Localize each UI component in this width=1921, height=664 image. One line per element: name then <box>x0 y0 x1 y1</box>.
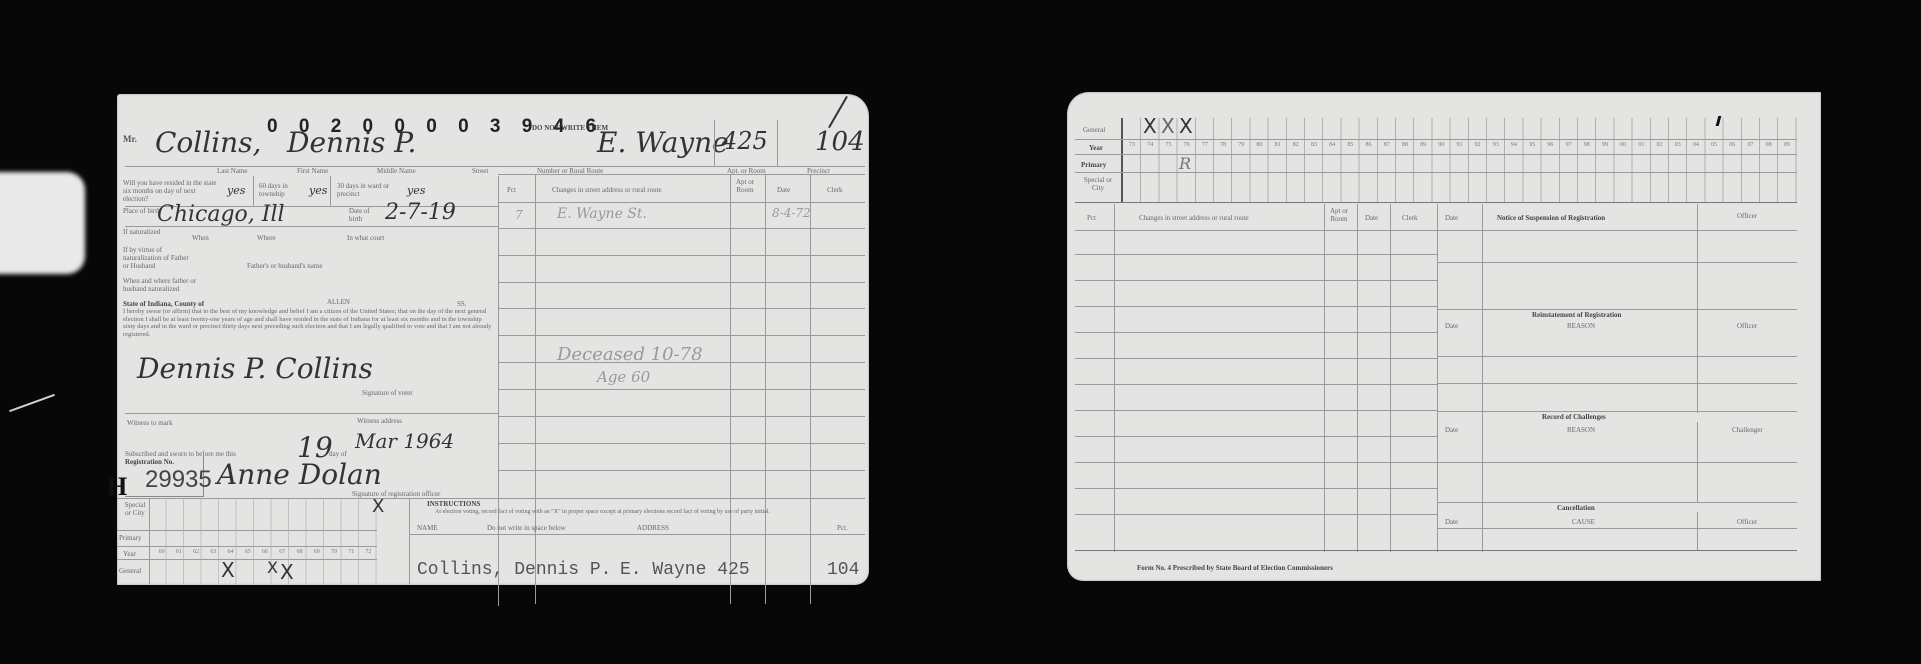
change-row-1-date: 8-4-72 <box>772 206 811 220</box>
registration-card-back: General Year Primary Special or City 73 … <box>1067 92 1821 581</box>
label-father-name: Father's or husband's name <box>247 262 322 270</box>
date-of-birth: 2-7-19 <box>385 200 456 225</box>
cancellation-title: Cancellation <box>1557 504 1595 512</box>
label-father-naturalization: If by virtue of naturalization of Father… <box>123 246 193 270</box>
voter-signature-label: Signature of voter <box>362 389 413 397</box>
instructions-text: At election voting, record fact of votin… <box>435 508 855 516</box>
typed-name: Collins, Dennis P. <box>417 560 611 580</box>
label-name: NAME <box>417 524 438 532</box>
challenges-col-challenger: Challenger <box>1732 426 1763 434</box>
label-date-of-birth: Date of birth <box>349 207 379 223</box>
col-date: Date <box>777 186 790 194</box>
place-of-birth: Chicago, Ill <box>157 202 285 227</box>
suspension-title: Notice of Suspension of Registration <box>1497 214 1605 222</box>
sworn-day-label: day of <box>329 450 347 458</box>
change-row-1-pct: 7 <box>515 208 523 222</box>
back-general-mark-76: X <box>1179 114 1193 138</box>
row-special-city: Special or City <box>121 501 149 517</box>
label-pct: Pct. <box>837 524 848 532</box>
house-number: 425 <box>722 127 768 155</box>
oath-text: I hereby swear (or affirm) that to the b… <box>123 308 493 338</box>
label-if-naturalized: If naturalized <box>123 228 178 236</box>
a-state-residence: yes <box>227 184 245 197</box>
title-prefix: Mr. <box>123 134 137 144</box>
typed-precinct: 104 <box>827 560 859 580</box>
label-first-name: First Name <box>297 167 328 175</box>
film-edge-artifact <box>0 172 85 274</box>
reinstatement-title: Reinstatement of Registration <box>1532 311 1621 319</box>
back-row-general: General <box>1083 126 1105 134</box>
back-col-changes: Changes in street address or rural route <box>1139 214 1249 222</box>
col-pct: Pct <box>507 186 516 194</box>
officer-signature: Anne Dolan <box>217 458 382 491</box>
change-row-3-address: Age 60 <box>597 368 650 386</box>
label-last-name: Last Name <box>217 167 248 175</box>
col-clerk: Clerk <box>827 186 843 194</box>
label-when: When <box>192 234 209 242</box>
oath-ss: SS. <box>457 300 467 308</box>
back-row-special: Special or City <box>1081 176 1115 192</box>
back-year-labels: 73 74 75 76 77 78 79 80 81 82 83 84 85 8… <box>1123 142 1797 148</box>
change-row-1-address: E. Wayne St. <box>557 206 647 222</box>
label-witness-mark: Witness to mark <box>127 419 173 427</box>
cancellation-col-date: Date <box>1445 518 1458 526</box>
back-col-apt: Apt or Room <box>1327 207 1351 223</box>
back-primary-mark-76: R <box>1179 154 1191 173</box>
challenges-col-reason: REASON <box>1567 426 1595 434</box>
row-year: Year <box>123 550 136 558</box>
oath-state-line: State of Indiana, County of <box>123 300 204 308</box>
label-where: Where <box>257 234 276 242</box>
label-court: In what court <box>347 234 384 242</box>
film-scratch <box>9 394 55 412</box>
form-footer: Form No. 4 Prescribed by State Board of … <box>1137 564 1333 572</box>
reinstatement-col-reason: REASON <box>1567 322 1595 330</box>
q-state-residence: Will you have resided in the state six m… <box>123 179 218 203</box>
registration-card-front: 0 0 2 0 0 0 0 3 9 4 6 DO NOT WRITE THEM … <box>117 94 869 585</box>
check-mark <box>828 96 848 128</box>
label-witness-address: Witness address <box>357 417 402 425</box>
a-ward: yes <box>407 184 425 197</box>
reinstatement-col-officer: Officer <box>1737 322 1757 330</box>
change-row-2-address: Deceased 10-78 <box>557 344 703 365</box>
a-township: yes <box>309 184 327 197</box>
back-row-primary: Primary <box>1081 161 1106 169</box>
q-township: 60 days in township <box>259 182 304 198</box>
cancellation-col-officer: Officer <box>1737 518 1757 526</box>
back-col-date: Date <box>1365 214 1378 222</box>
front-year-labels: 60 61 62 63 64 65 66 67 68 69 70 71 72 <box>153 549 377 555</box>
reinstatement-col-date: Date <box>1445 322 1458 330</box>
general-vote-mark-1: X <box>221 558 235 582</box>
last-name: Collins, <box>155 126 261 159</box>
col-changes: Changes in street address or rural route <box>552 186 662 194</box>
special-vote-mark: X <box>372 496 384 517</box>
back-col-clerk: Clerk <box>1402 214 1418 222</box>
suspension-col-date: Date <box>1445 214 1458 222</box>
precinct-number: 104 <box>815 127 865 157</box>
row-primary: Primary <box>119 534 142 542</box>
col-apt: Apt or Room <box>734 178 756 194</box>
label-middle-name: Middle Name <box>377 167 416 175</box>
challenges-title: Record of Challenges <box>1542 413 1606 421</box>
sworn-month-year: Mar 1964 <box>355 429 454 453</box>
challenges-col-date: Date <box>1445 426 1458 434</box>
registration-label: Registration No. <box>125 458 174 466</box>
general-vote-mark-2: X <box>267 558 278 577</box>
registration-number: 29935 <box>145 466 212 494</box>
officer-signature-label: Signature of registration officer <box>352 490 440 498</box>
first-name: Dennis P. <box>287 126 416 159</box>
q-ward: 30 days in ward or precinct <box>337 182 402 198</box>
label-street: Street <box>472 167 488 175</box>
suspension-col-officer: Officer <box>1737 212 1757 220</box>
row-general: General <box>119 567 141 575</box>
front-voting-grid <box>149 498 377 584</box>
back-row-year: Year <box>1089 144 1103 152</box>
general-vote-mark-3: X <box>280 560 294 584</box>
back-general-mark-74: X <box>1143 114 1157 138</box>
back-col-pct: Pct <box>1087 214 1096 222</box>
cancellation-col-cause: CAUSE <box>1572 518 1595 526</box>
label-address: ADDRESS <box>637 524 669 532</box>
oath-county: ALLEN <box>327 298 350 306</box>
label-do-not-write: Do not write in space below <box>487 524 566 532</box>
voter-signature: Dennis P. Collins <box>137 352 373 385</box>
label-when-where-father: When and where father or husband natural… <box>123 277 218 293</box>
back-voting-grid <box>1123 118 1797 202</box>
typed-address: E. Wayne 425 <box>620 560 750 580</box>
back-general-mark-75: X <box>1161 114 1175 138</box>
street-name: E. Wayne <box>597 126 729 159</box>
instructions-title: INSTRUCTIONS <box>427 500 480 508</box>
